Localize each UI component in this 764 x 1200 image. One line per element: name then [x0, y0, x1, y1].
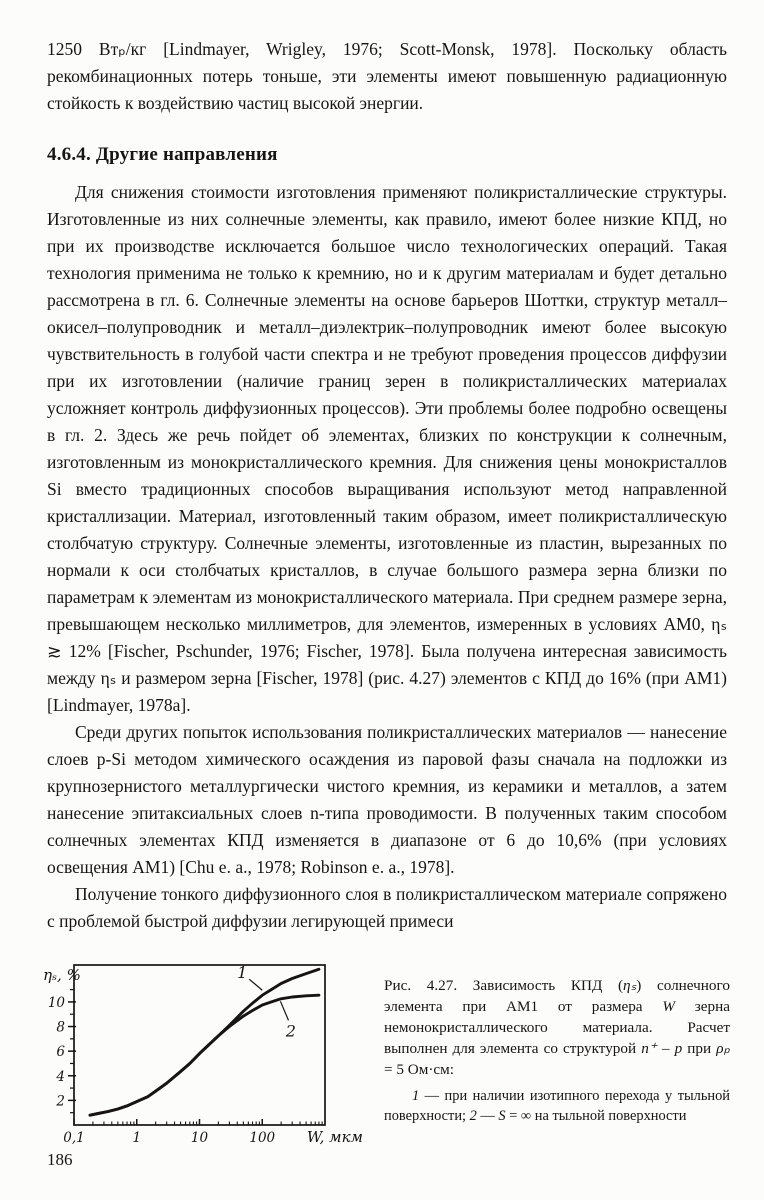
x-tick-label: 10	[191, 1130, 209, 1146]
y-axis-label: ηₛ, %	[43, 966, 81, 984]
y-tick-label: 8	[56, 1020, 65, 1036]
x-axis-label: W, мкм	[307, 1128, 363, 1146]
y-tick-label: 10	[48, 995, 66, 1011]
page-number: 186	[47, 1150, 73, 1170]
curve-1	[90, 969, 319, 1115]
caption-legend: 1 — при наличии изотипного перехода у ты…	[384, 1087, 730, 1126]
paragraph: Получение тонкого диффузионного слоя в п…	[47, 881, 727, 935]
figure-4-27: 2468100,1110100ηₛ, %W, мкм12 Рис. 4.27. …	[0, 951, 764, 1158]
chart-svg: 2468100,1110100ηₛ, %W, мкм12	[40, 951, 372, 1153]
x-tick-label: 1	[132, 1130, 141, 1146]
y-tick-label: 6	[56, 1044, 65, 1060]
text-column: 1250 Втₚ/кг [Lindmayer, Wrigley, 1976; S…	[0, 0, 764, 935]
section-heading: 4.6.4. Другие направления	[47, 144, 727, 166]
figure-caption: Рис. 4.27. Зависимость КПД (ηₛ) солнечно…	[384, 975, 730, 1158]
paragraph: Среди других попыток использования полик…	[47, 719, 727, 881]
efficiency-vs-grain-size-chart: 2468100,1110100ηₛ, %W, мкм12	[40, 951, 372, 1158]
curve-leader-2	[280, 1001, 288, 1020]
curve-leader-1	[249, 979, 262, 990]
x-tick-label: 100	[249, 1130, 275, 1146]
curve-label-2: 2	[285, 1021, 296, 1040]
book-page: 1250 Втₚ/кг [Lindmayer, Wrigley, 1976; S…	[0, 0, 764, 1200]
x-tick-label: 0,1	[63, 1130, 84, 1146]
curve-label-1: 1	[237, 963, 247, 982]
intro-paragraph: 1250 Втₚ/кг [Lindmayer, Wrigley, 1976; S…	[47, 36, 727, 117]
paragraph: Для снижения стоимости изготовления прим…	[47, 179, 727, 719]
y-tick-label: 2	[55, 1093, 65, 1109]
y-tick-label: 4	[55, 1069, 65, 1085]
caption-text: Рис. 4.27. Зависимость КПД (ηₛ) солнечно…	[384, 975, 730, 1080]
plot-frame	[74, 965, 325, 1125]
curve-2	[90, 995, 319, 1115]
